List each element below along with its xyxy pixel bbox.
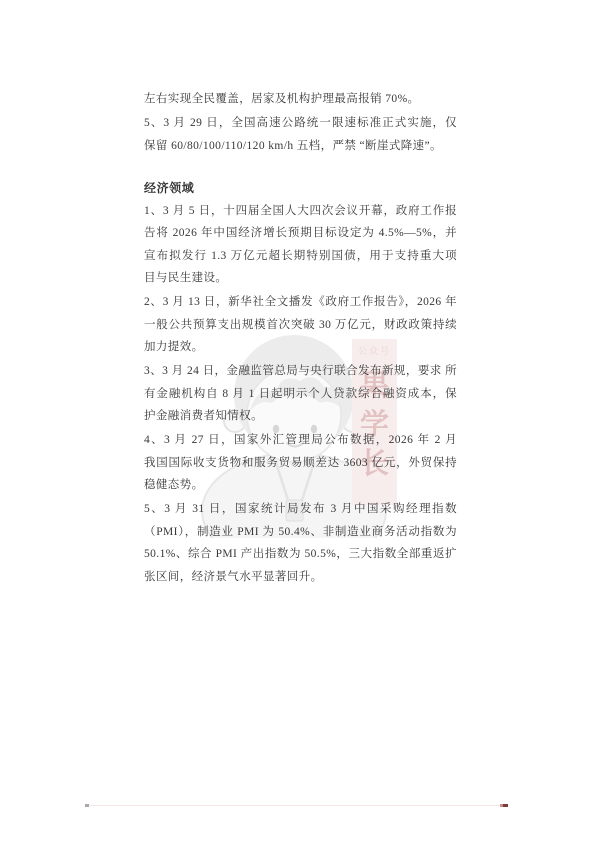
text-line: 5、3 月 31 日，国家统计局发布 3 月中国采购经理指数	[144, 498, 457, 521]
text-line: 4、3 月 27 日，国家外汇管理局公布数据，2026 年 2 月	[144, 429, 457, 452]
text-line: 加力提效。	[144, 336, 457, 359]
text-line: 张区间，经济景气水平显著回升。	[144, 566, 457, 589]
paragraph-highway-item: 5、3 月 29 日，全国高速公路统一限速标准正式实施，仅保留 60/80/10…	[144, 112, 457, 157]
text-line: 左右实现全民覆盖，居家及机构护理最高报销 70%。	[144, 88, 457, 111]
text-line: 护金融消费者知情权。	[144, 405, 457, 428]
paragraph-item-5: 5、3 月 31 日，国家统计局发布 3 月中国采购经理指数（PMI），制造业 …	[144, 498, 457, 588]
paragraph-item-3: 3、3 月 24 日，金融监管总局与央行联合发布新规，要求 所有金融机构自 8 …	[144, 360, 457, 428]
text-line: 2、3 月 13 日，新华社全文播发《政府工作报告》，2026 年	[144, 291, 457, 314]
text-line: （PMI），制造业 PMI 为 50.4%、非制造业商务活动指数为	[144, 521, 457, 544]
text-line: 3、3 月 24 日，金融监管总局与央行联合发布新规，要求 所	[144, 360, 457, 383]
text-line: 有金融机构自 8 月 1 日起明示个人贷款综合融资成本，保	[144, 383, 457, 406]
rule-right-tick	[500, 804, 508, 807]
paragraph-item-2: 2、3 月 13 日，新华社全文播发《政府工作报告》，2026 年一般公共预算支…	[144, 291, 457, 359]
text-line: 宣布拟发行 1.3 万亿元超长期特别国债，用于支持重大项	[144, 245, 457, 268]
text-line: 一般公共预算支出规模首次突破 30 万亿元，财政政策持续	[144, 314, 457, 337]
document-page: 公众号 果 学 长 左右实现全民覆盖，居家及机构护理最高报销 70%。 5、3 …	[0, 0, 596, 842]
document-text-block: 左右实现全民覆盖，居家及机构护理最高报销 70%。 5、3 月 29 日，全国高…	[144, 88, 457, 590]
text-line: 保留 60/80/100/110/120 km/h 五档，严禁 “断崖式降速”。	[144, 135, 457, 158]
paragraph-item-4: 4、3 月 27 日，国家外汇管理局公布数据，2026 年 2 月我国国际收支货…	[144, 429, 457, 497]
text-line: 我国国际收支货物和服务贸易顺差达 3603 亿元，外贸保持	[144, 452, 457, 475]
text-line: 50.1%、综合 PMI 产出指数为 50.5%，三大指数全部重返扩	[144, 543, 457, 566]
rule-line	[85, 805, 508, 806]
page-bottom-rule	[85, 804, 508, 807]
rule-left-tick	[85, 804, 89, 807]
text-line: 1、3 月 5 日，十四届全国人大四次会议开幕，政府工作报	[144, 200, 457, 223]
text-line: 告将 2026 年中国经济增长预期目标设定为 4.5%—5%，并	[144, 222, 457, 245]
section-heading: 经济领域	[144, 177, 457, 200]
paragraph-item-1: 1、3 月 5 日，十四届全国人大四次会议开幕，政府工作报告将 2026 年中国…	[144, 200, 457, 290]
text-line: 5、3 月 29 日，全国高速公路统一限速标准正式实施，仅	[144, 112, 457, 135]
text-line: 目与民生建设。	[144, 267, 457, 290]
paragraph-continuation: 左右实现全民覆盖，居家及机构护理最高报销 70%。	[144, 88, 457, 111]
text-line: 稳健态势。	[144, 474, 457, 497]
